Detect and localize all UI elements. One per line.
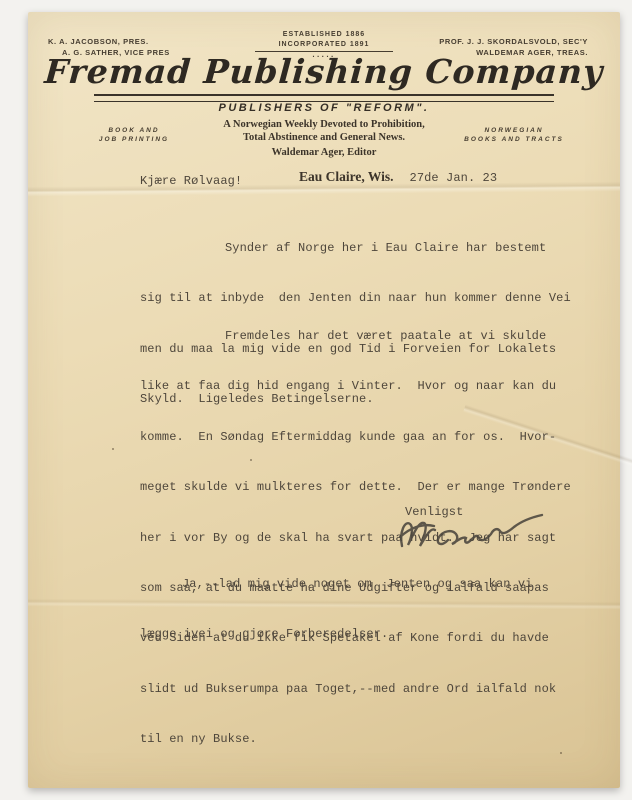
body-line: like at faa dig hid engang i Vinter. Hvo… (140, 375, 571, 397)
officer-secretary: PROF. J. J. SKORDALSVOLD, SEC'Y (439, 36, 588, 47)
service-left-line: BOOK AND (74, 126, 194, 135)
dateline-place: Eau Claire, Wis. (299, 169, 394, 184)
company-name: Fremad Publishing Company (27, 52, 622, 91)
postscript-line: Ja,--lad mig vide noget om Jenten og saa… (140, 573, 532, 595)
service-left: BOOK AND JOB PRINTING (74, 126, 194, 144)
postscript: Ja,--lad mig vide noget om Jenten og saa… (140, 545, 532, 674)
body-line: Fremdeles har det været paatale at vi sk… (140, 325, 571, 347)
publishers-line: PUBLISHERS OF "REFORM". (28, 102, 620, 114)
ink-speck (112, 448, 114, 450)
letter-scan-paper: K. A. JACOBSON, PRES. A. G. SATHER, VICE… (28, 12, 620, 788)
service-left-line: JOB PRINTING (74, 135, 194, 144)
description-line: A Norwegian Weekly Devoted to Prohibitio… (194, 118, 454, 131)
postscript-line: lægge ivei og gjøre Forberedelser. (140, 623, 532, 645)
service-right-line: NORWEGIAN (454, 126, 574, 135)
body-line: slidt ud Bukserumpa paa Toget,--med andr… (140, 678, 571, 700)
dateline: Eau Claire, Wis.27de Jan. 23 (283, 150, 497, 204)
officer-president: K. A. JACOBSON, PRES. (48, 36, 170, 47)
body-line: Synder af Norge her i Eau Claire har bes… (140, 237, 571, 259)
description-line: Total Abstinence and General News. (194, 131, 454, 144)
body-line: komme. En Søndag Eftermiddag kunde gaa a… (140, 426, 571, 448)
letterhead-rule (94, 94, 554, 102)
dateline-date: 27de Jan. 23 (410, 171, 498, 185)
body-line: til en ny Bukse. (140, 728, 571, 750)
incorporated-line: INCORPORATED 1891 (249, 40, 399, 50)
salutation: Kjære Rølvaag! (140, 170, 242, 192)
body-line: meget skulde vi mulkteres for dette. Der… (140, 476, 571, 498)
service-right: NORWEGIAN BOOKS AND TRACTS (454, 126, 574, 144)
established-line: ESTABLISHED 1886 (249, 30, 399, 40)
service-right-line: BOOKS AND TRACTS (454, 135, 574, 144)
